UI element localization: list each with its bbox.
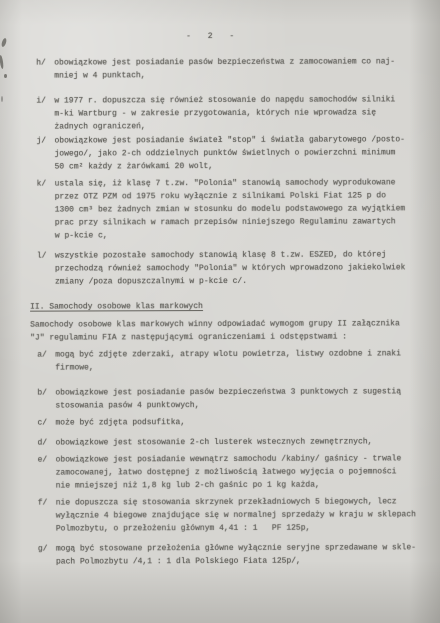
- item-label: b/: [37, 387, 55, 400]
- list-item-k: k/ ustala się, iż klasę 7 t.zw. "Polonia…: [37, 176, 426, 242]
- item-label: a/: [37, 349, 55, 362]
- item-text: nie dopuszcza się stosowania skrzynek pr…: [56, 495, 416, 535]
- list-item-h: h/ obowiązkowe jest posiadanie pasów bez…: [36, 55, 425, 82]
- item-text: mogą być zdjęte zderzaki, atrapy wlotu p…: [55, 347, 401, 374]
- list-item-d: d/ obowiązkowe jest stosowanie 2-ch lust…: [38, 435, 427, 449]
- item-text: ustala się, iż klasę 7 t.zw. "Polonia" s…: [55, 176, 406, 242]
- scanned-document-page: - 2 - h/ obowiązkowe jest posiadanie pas…: [0, 0, 440, 623]
- section-heading: II. Samochody osobowe klas markowych: [30, 299, 426, 313]
- item-label: g/: [38, 543, 56, 556]
- item-label: h/: [36, 57, 54, 70]
- item-text: obowiązkowe jest stosowanie 2-ch lustere…: [56, 435, 373, 449]
- item-text: wszystkie pozostałe samochody stanowią k…: [55, 248, 406, 288]
- item-label: k/: [37, 178, 55, 191]
- list-item-f: f/ nie dopuszcza się stosowania skrzynek…: [38, 495, 427, 535]
- item-text: obowiązkowe jest posiadanie pasów bezpie…: [54, 55, 395, 82]
- list-item-j: j/ obowiązkowe jest posiadanie świateł "…: [36, 133, 425, 173]
- item-label: j/: [36, 135, 54, 148]
- item-text: może być zdjęta podsufitka,: [55, 416, 185, 429]
- list-item-i: i/ w 1977 r. dopuszcza się również stoso…: [36, 93, 425, 133]
- item-label: e/: [38, 454, 56, 467]
- item-text: obowiązkowe jest posiadanie świateł "sto…: [54, 133, 405, 173]
- item-label: c/: [37, 417, 55, 430]
- list-item-l: l/ wszystkie pozostałe samochody stanowi…: [37, 248, 426, 288]
- item-label: d/: [38, 437, 56, 450]
- item-text: w 1977 r. dopuszcza się również stosowan…: [54, 93, 395, 133]
- item-text: mogą być stosowane przełożenia główne wy…: [56, 541, 416, 568]
- list-item-c: c/ może być zdjęta podsufitka,: [37, 415, 426, 429]
- page-number: - 2 -: [29, 29, 425, 43]
- item-text: obowiązkowe jest posiadanie wewnątrz sam…: [56, 452, 402, 492]
- document-content: - 2 - h/ obowiązkowe jest posiadanie pas…: [0, 0, 440, 569]
- item-text: obowiązkowe jest posiadanie pasów bezpie…: [55, 385, 401, 412]
- section-intro: Samochody osobowe klas markowych winny o…: [30, 317, 426, 344]
- list-item-e: e/ obowiązkowe jest posiadanie wewnątrz …: [38, 452, 427, 492]
- item-label: l/: [37, 250, 55, 263]
- list-item-b: b/ obowiązkowe jest posiadanie pasów bez…: [37, 385, 426, 412]
- item-label: f/: [38, 497, 56, 510]
- item-label: i/: [36, 95, 54, 108]
- list-item-g: g/ mogą być stosowane przełożenia główne…: [38, 541, 427, 568]
- list-item-a: a/ mogą być zdjęte zderzaki, atrapy wlot…: [37, 347, 426, 374]
